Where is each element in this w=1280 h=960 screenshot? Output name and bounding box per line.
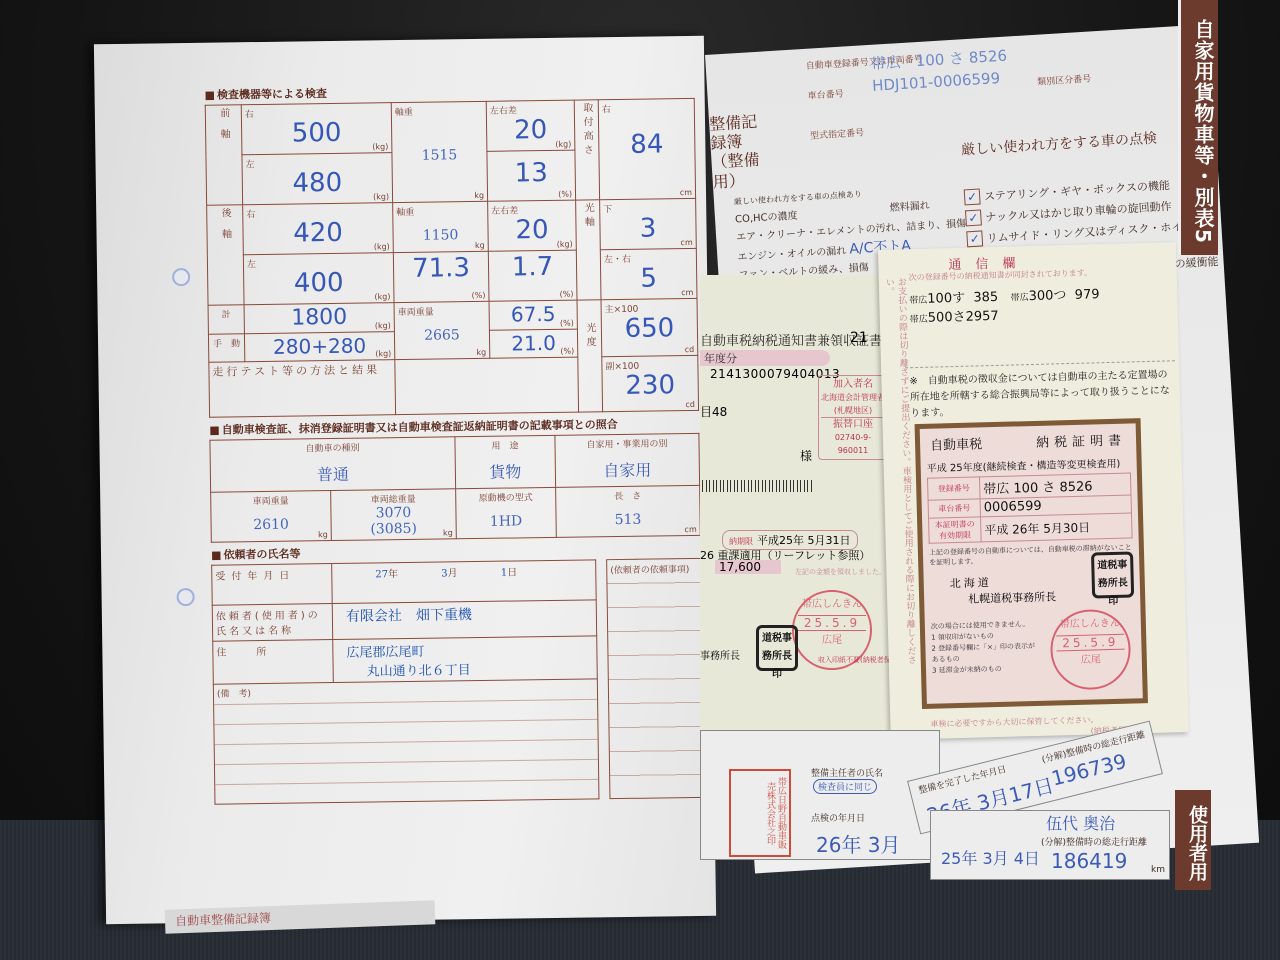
rear-right-cell: 右420(kg) xyxy=(243,203,394,255)
inspect-date: 26年 3月 xyxy=(816,829,901,858)
gross-weight-cell: 車両総重量3070(3085)kg xyxy=(331,489,457,541)
office-seal: 道税事務所長印 xyxy=(756,625,798,671)
total-pct-cell: 67.5(%) xyxy=(489,300,577,330)
request-items-box: (依頼者の依頼事項) xyxy=(606,558,704,799)
maintenance-history-records: 帯広日野自動車販売株式会社之印 整備主任者の氏名 検査員に同じ 点検の年月日 2… xyxy=(700,730,1170,890)
cc-vehicle-weight-cell: 車両重量2610kg xyxy=(211,491,332,543)
luminous-sub-cell: 副×100230cd xyxy=(602,356,699,412)
front-axle-weight-cell: 軸重1515kg xyxy=(391,101,487,202)
keep-note: 車検に必要ですから大切に保管してください。 xyxy=(930,714,1098,729)
honorific: 様 xyxy=(800,447,812,464)
optical-axis-label: 光軸 xyxy=(576,200,601,300)
total-label: 計 xyxy=(208,305,244,335)
enclosed-note: 次の登録番号の納税通知書が同封されております。 xyxy=(909,267,1093,283)
requester-name-cell: 有限会社 畑下重機 xyxy=(332,600,596,640)
road-test-cell xyxy=(395,357,579,415)
front-axle-label: 前 軸 xyxy=(205,105,242,205)
inspector-note: 検査員に同じ xyxy=(813,779,877,794)
optical-lr-cell: 左・右5cm xyxy=(600,248,697,299)
inspection-record-card: 帯広日野自動車販売株式会社之印 整備主任者の氏名 検査員に同じ 点検の年月日 2… xyxy=(700,730,940,860)
use-cell: 用 途貨物 xyxy=(455,436,556,489)
front-right-cell: 右500(kg) xyxy=(241,103,392,155)
remarks-cell: (備 考) xyxy=(213,679,599,804)
hand-pct-cell: 21.0(%) xyxy=(489,329,577,358)
optical-down-cell: 下3cm xyxy=(600,198,697,249)
requester-name-label: 依頼者(使用者)の氏名又は名称 xyxy=(212,604,332,642)
luminous-main-cell: 主×100650cd xyxy=(601,298,698,357)
certificate-right-title: 納税証明書 xyxy=(1036,430,1126,451)
hand-brake-label: 手 動 xyxy=(208,334,244,362)
class-label: 類別区分番号 xyxy=(1037,71,1092,87)
checkbox-checked[interactable]: ✓ xyxy=(966,230,983,247)
address-fragment: 目48 xyxy=(700,403,727,420)
checkbox-checked[interactable]: ✓ xyxy=(965,209,982,226)
requester-table: 受付年月日 27年 3月 1日 依頼者(使用者)の氏名又は名称 有限会社 畑下重… xyxy=(211,560,599,805)
barcode xyxy=(702,480,812,492)
binder-hole xyxy=(176,588,194,606)
front-lr-diff-cell: 左右差20(kg) xyxy=(486,100,575,151)
rear-axle-label: 後 軸 xyxy=(207,205,244,305)
office-label: 事務所長 xyxy=(700,647,740,662)
tax-year-label: 年度分 xyxy=(700,350,830,366)
rear-axle-weight-cell: 軸重1150kg xyxy=(393,201,489,252)
tax-notice-number: 21 xyxy=(850,330,868,346)
received-date-cell: 27年 3月 1日 xyxy=(332,560,597,604)
tax-certificate-sheet: お支払いの際は切り離さずにご提出ください。車検用としてご使用される際にお切り離し… xyxy=(878,242,1189,740)
rear-lr-pct-cell: 1.7(%) xyxy=(488,250,577,301)
brake-test-table: 前 軸 右500(kg) 軸重1515kg 左右差20(kg) 取付高さ 右84… xyxy=(205,98,699,418)
vehicle-weight-cell: 車両重量2665kg xyxy=(394,301,490,360)
model-label: 型式指定番号 xyxy=(810,125,865,141)
tax-payment-certificate: 自動車税納税証明書 平成 25年度(継続検査・構造等変更検査用) 登録番号帯広 … xyxy=(915,418,1148,709)
checkbox-checked[interactable]: ✓ xyxy=(964,188,981,205)
crosscheck-table: 自動車の種別普通 用 途貨物 自家用・事業用の別自家用 車両重量2610kg 車… xyxy=(209,433,700,543)
certificate-office-seal: 道税事務所長印 xyxy=(1091,551,1134,598)
rear-left-cell: 左400(kg) xyxy=(243,253,394,305)
received-note: 左記の金額を領収しました。 xyxy=(795,567,886,577)
address-label: 住 所 xyxy=(213,640,334,685)
engine-type-cell: 原動機の型式1HD xyxy=(456,488,557,539)
inspector-label: 整備主任者の氏名 xyxy=(811,766,883,779)
total-cell: 1800(kg) xyxy=(244,303,394,334)
certificate-left-title: 自動車税 xyxy=(930,433,982,453)
chassis-value: HDJ101-0006599 xyxy=(872,69,1001,95)
user-copy-tab: 使用者用 xyxy=(1175,790,1211,890)
vertical-instruction: お支払いの際は切り離さずにご提出ください。車検用としてご使用される際にお切り離し… xyxy=(883,277,917,677)
vehicle-type-cell: 自動車の種別普通 xyxy=(210,437,456,492)
received-date-label: 受付年月日 xyxy=(212,564,333,606)
certificate-validity-value: 平成 26年 5月30日 xyxy=(981,513,1133,542)
inspect-date-label: 点検の年月日 xyxy=(811,811,865,824)
chassis-label: 車台番号 xyxy=(807,87,844,102)
payee-box: 加入者名 北海道会計管理者(札幌地区) 振替口座 02740-9-960011 xyxy=(818,375,888,460)
odometer-record-card: 伍代 奥治 25年 3月 4日 (分解)整備時の総走行距離 186419 km xyxy=(930,810,1170,880)
private-use-cell: 自家用・事業用の別自家用 xyxy=(555,434,700,488)
hand-brake-cell: 280+280(kg) xyxy=(244,332,394,362)
tax-amount: 17,600 xyxy=(715,560,781,574)
front-left-cell: 左480(kg) xyxy=(242,153,393,205)
record-title: 整備記録簿（整備用） xyxy=(709,111,774,191)
harsh-use-title: 厳しい使われ方をする車の点検 xyxy=(961,128,1158,160)
mount-height-label: 取付高さ xyxy=(574,100,599,200)
address-cell: 広尾郡広尾町丸山通り北６丁目 xyxy=(333,636,598,683)
certificate-date-stamp: 帯広しんきん 25.5.9 広尾 xyxy=(1049,609,1131,691)
length-cell: 長 さ513cm xyxy=(556,486,701,538)
collection-note: ※ 自動車税の徴収金については自動車の主たる定置場の所在地を所轄する総合振興局等… xyxy=(909,367,1170,422)
front-lr-pct-cell: 13(%) xyxy=(487,150,576,201)
road-test-label: 走行テスト等の方法と結果 xyxy=(209,360,396,418)
certificate-table: 登録番号帯広 100 さ 8526 車台番号0006599 本証明書の有効期限平… xyxy=(927,472,1133,543)
rear-lr-diff-cell: 左右差20(kg) xyxy=(488,200,577,251)
inspection-form-page: 検査機器等による検査 前 軸 右500(kg) 軸重1515kg 左右差20(k… xyxy=(94,36,716,924)
mount-height-cell: 右84cm xyxy=(598,98,695,199)
plate-list: 帯広100す 385 帯広300つ 979 帯広500さ2957 xyxy=(909,286,1100,329)
rear-axle-pct-cell: 71.3(%) xyxy=(393,251,489,302)
binder-hole xyxy=(172,268,190,286)
luminous-label: 光度 xyxy=(577,300,603,413)
dealer-red-seal: 帯広日野自動車販売株式会社之印 xyxy=(729,769,791,857)
tear-line xyxy=(905,360,1175,368)
fuel-leak-label: 燃料漏れ xyxy=(889,197,930,214)
side-tab-label: 自家用貨物車等・別表5 xyxy=(1178,0,1218,255)
